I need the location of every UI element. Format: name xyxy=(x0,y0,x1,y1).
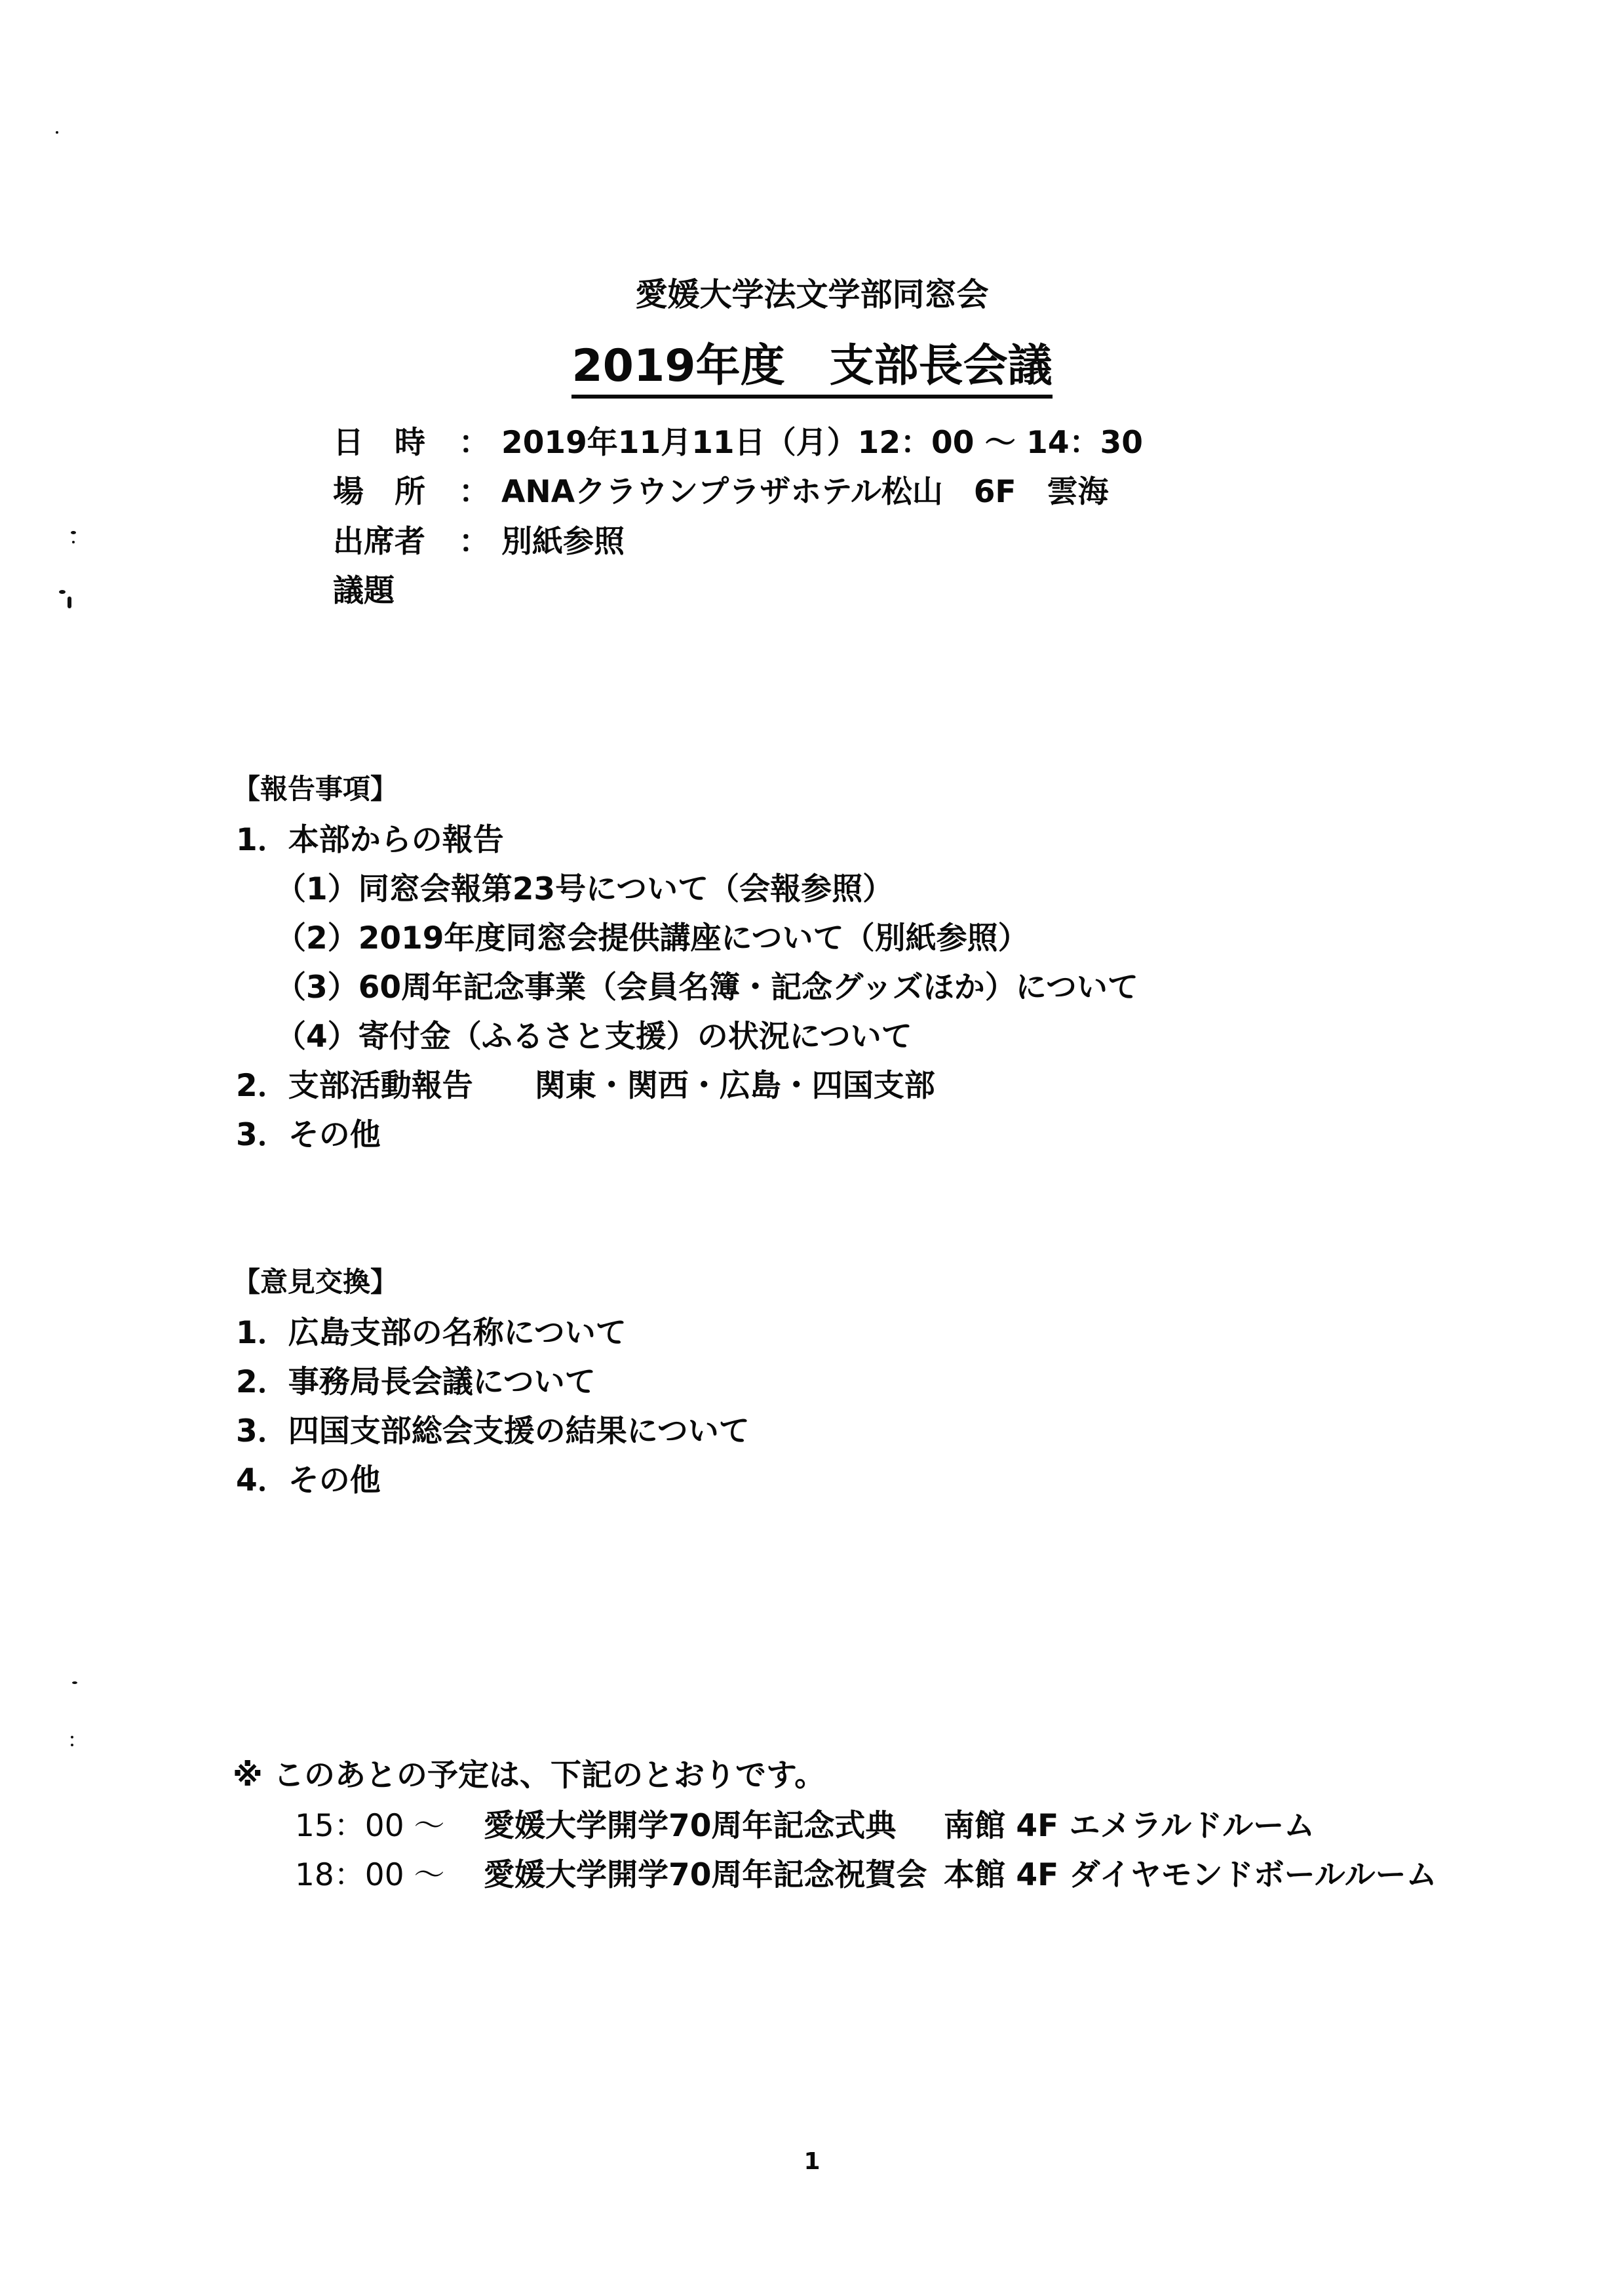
schedule-event: 愛媛大学開学70周年記念祝賀会 xyxy=(484,1860,927,1891)
schedule-note: ※ このあとの予定は、下記のとおりです。 xyxy=(233,1760,825,1791)
scan-speck xyxy=(72,541,75,543)
exchange-item: 3．四国支部総会支援の結果について xyxy=(236,1416,750,1447)
document-title-text: 2019年度 支部長会議 xyxy=(571,340,1052,399)
meta-label-attendees: 出席者 xyxy=(333,526,425,557)
page-number: 1 xyxy=(0,2150,1624,2174)
organization-name: 愛媛大学法文学部同窓会 xyxy=(0,279,1624,311)
schedule-place: 本館 4F ダイヤモンドボールルーム xyxy=(944,1860,1437,1891)
meta-value-attendees: 別紙参照 xyxy=(501,526,625,557)
meta-colon: ： xyxy=(459,526,490,557)
meta-label-datetime: 日 時 xyxy=(333,427,425,458)
exchange-item: 1．広島支部の名称について xyxy=(236,1318,627,1348)
schedule-time: 15：00 ～ xyxy=(295,1811,445,1841)
report-subitem: （2）2019年度同窓会提供講座について（別紙参照） xyxy=(275,923,1029,954)
meta-colon: ： xyxy=(459,427,490,458)
report-subitem: （4）寄付金（ふるさと支援）の状況について xyxy=(275,1021,912,1052)
meta-value-datetime: 2019年11月11日（月）12：00 ～ 14：30 xyxy=(501,427,1143,458)
meta-label-location: 場 所 xyxy=(333,477,425,507)
exchange-heading: 【意見交換】 xyxy=(233,1268,398,1296)
report-item: 2．支部活動報告 関東・関西・広島・四国支部 xyxy=(236,1070,935,1101)
schedule-place: 南館 4F エメラルドルーム xyxy=(944,1811,1315,1841)
meta-value-location: ANAクラウンプラザホテル松山 6F 雲海 xyxy=(501,477,1109,507)
report-subitem: （3）60周年記念事業（会員名簿・記念グッズほか）について xyxy=(275,972,1138,1003)
report-item: 3．その他 xyxy=(236,1120,381,1150)
exchange-item: 4．その他 xyxy=(236,1465,381,1496)
scan-speck xyxy=(71,1736,73,1738)
scan-speck xyxy=(68,597,71,608)
scan-speck xyxy=(59,590,66,594)
meta-label-agenda: 議題 xyxy=(333,576,395,606)
scan-speck xyxy=(71,1744,73,1746)
report-subitem: （1）同窓会報第23号について（会報参照） xyxy=(275,874,893,905)
meta-colon: ： xyxy=(459,477,490,507)
schedule-time: 18：00 ～ xyxy=(295,1860,445,1891)
exchange-item: 2．事務局長会議について xyxy=(236,1367,596,1398)
scan-speck xyxy=(71,531,76,534)
report-item: 1．本部からの報告 xyxy=(236,825,504,855)
scan-speck xyxy=(72,1681,77,1684)
scan-speck xyxy=(56,131,58,134)
schedule-event: 愛媛大学開学70周年記念式典 xyxy=(484,1811,896,1841)
document-title: 2019年度 支部長会議 xyxy=(0,344,1624,389)
reports-heading: 【報告事項】 xyxy=(233,775,398,803)
